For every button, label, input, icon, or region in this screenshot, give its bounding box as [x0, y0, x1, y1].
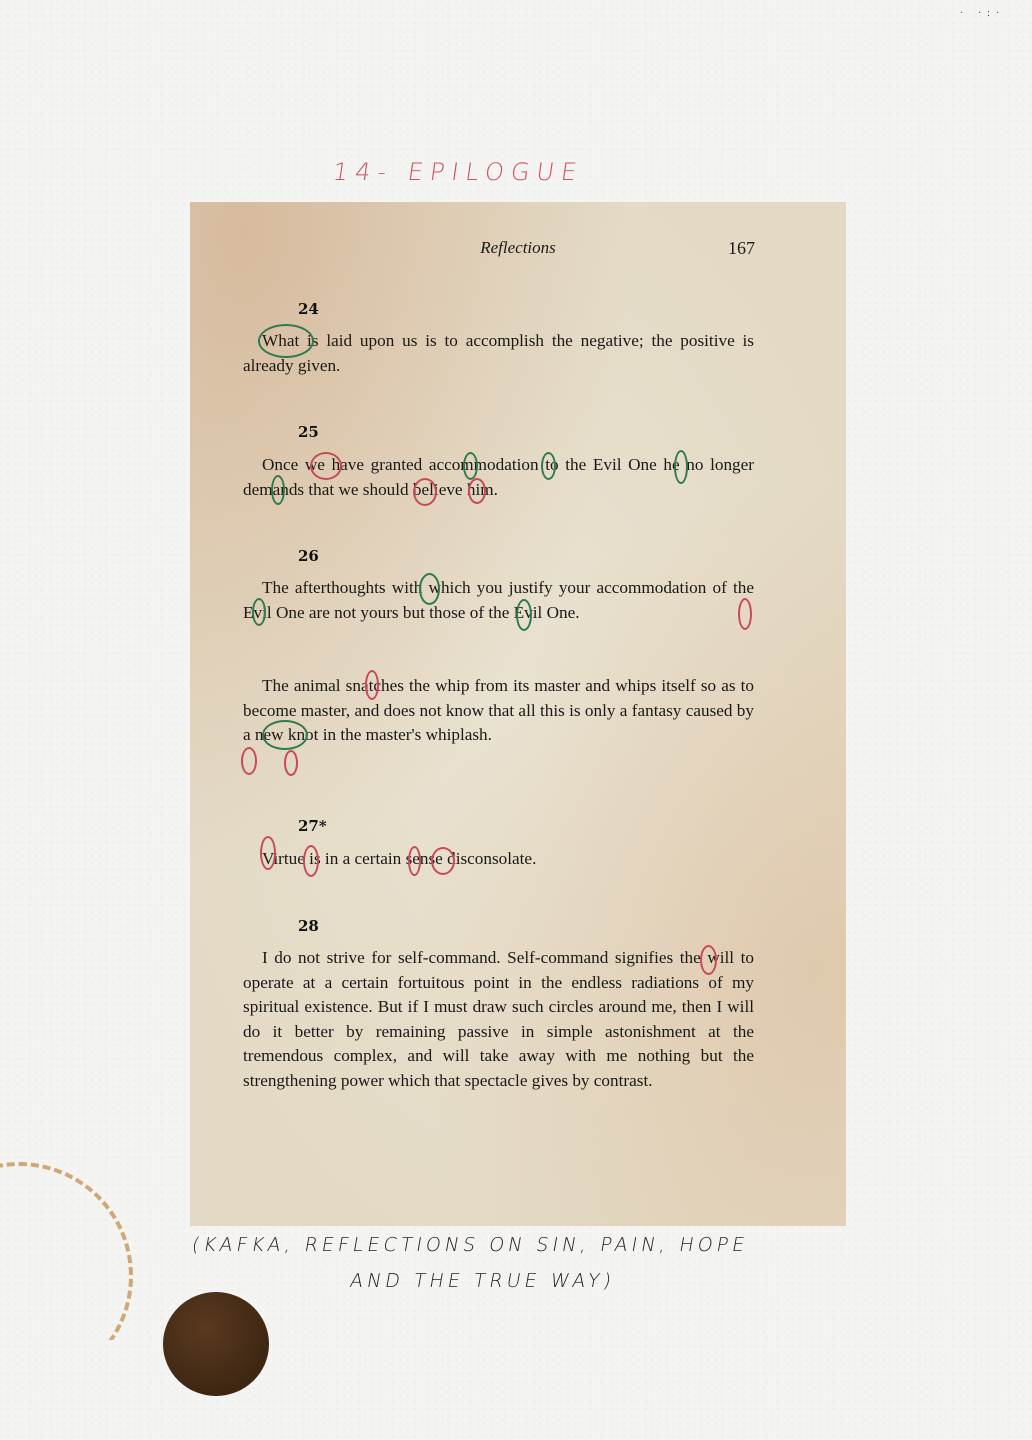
red-circle-mark — [284, 750, 298, 776]
section-number: 28 — [298, 917, 319, 935]
paragraph: The animal snatches the whip from its ma… — [243, 674, 754, 748]
section-number: 24 — [298, 300, 319, 318]
paragraph: The afterthoughts with which you justify… — [243, 576, 754, 625]
coffee-ring-stain — [0, 1162, 133, 1390]
section-number: 27* — [298, 817, 327, 835]
book-page: Reflections 167 24 What is laid upon us … — [190, 202, 846, 1226]
paragraph: I do not strive for self-command. Self-c… — [243, 946, 754, 1093]
handwritten-title: 14- EPILOGUE — [331, 158, 635, 186]
handwritten-note-line-1: (KAFKA, REFLECTIONS ON SIN, PAIN, HOPE — [190, 1234, 750, 1256]
section-number: 26 — [298, 547, 319, 565]
section-number: 25 — [298, 423, 319, 441]
section-text: I do not strive for self-command. Self-c… — [243, 946, 754, 1093]
paragraph: Once we have granted accommodation to th… — [243, 453, 754, 502]
paragraph: Virtue is in a certain sense disconsolat… — [243, 847, 754, 872]
section-text: Virtue is in a certain sense disconsolat… — [243, 847, 754, 872]
section-text: What is laid upon us is to accomplish th… — [243, 329, 754, 378]
section-text: The afterthoughts with which you justify… — [243, 576, 754, 625]
red-circle-mark — [241, 747, 257, 775]
handwritten-note-line-2: AND THE TRUE WAY) — [348, 1270, 617, 1292]
dark-ink-spot — [163, 1292, 269, 1396]
ink-specks: · ·:· — [960, 8, 1005, 19]
section-text: Once we have granted accommodation to th… — [243, 453, 754, 502]
page-number: 167 — [728, 238, 755, 259]
section-text: The animal snatches the whip from its ma… — [243, 674, 754, 748]
paragraph: What is laid upon us is to accomplish th… — [243, 329, 754, 378]
